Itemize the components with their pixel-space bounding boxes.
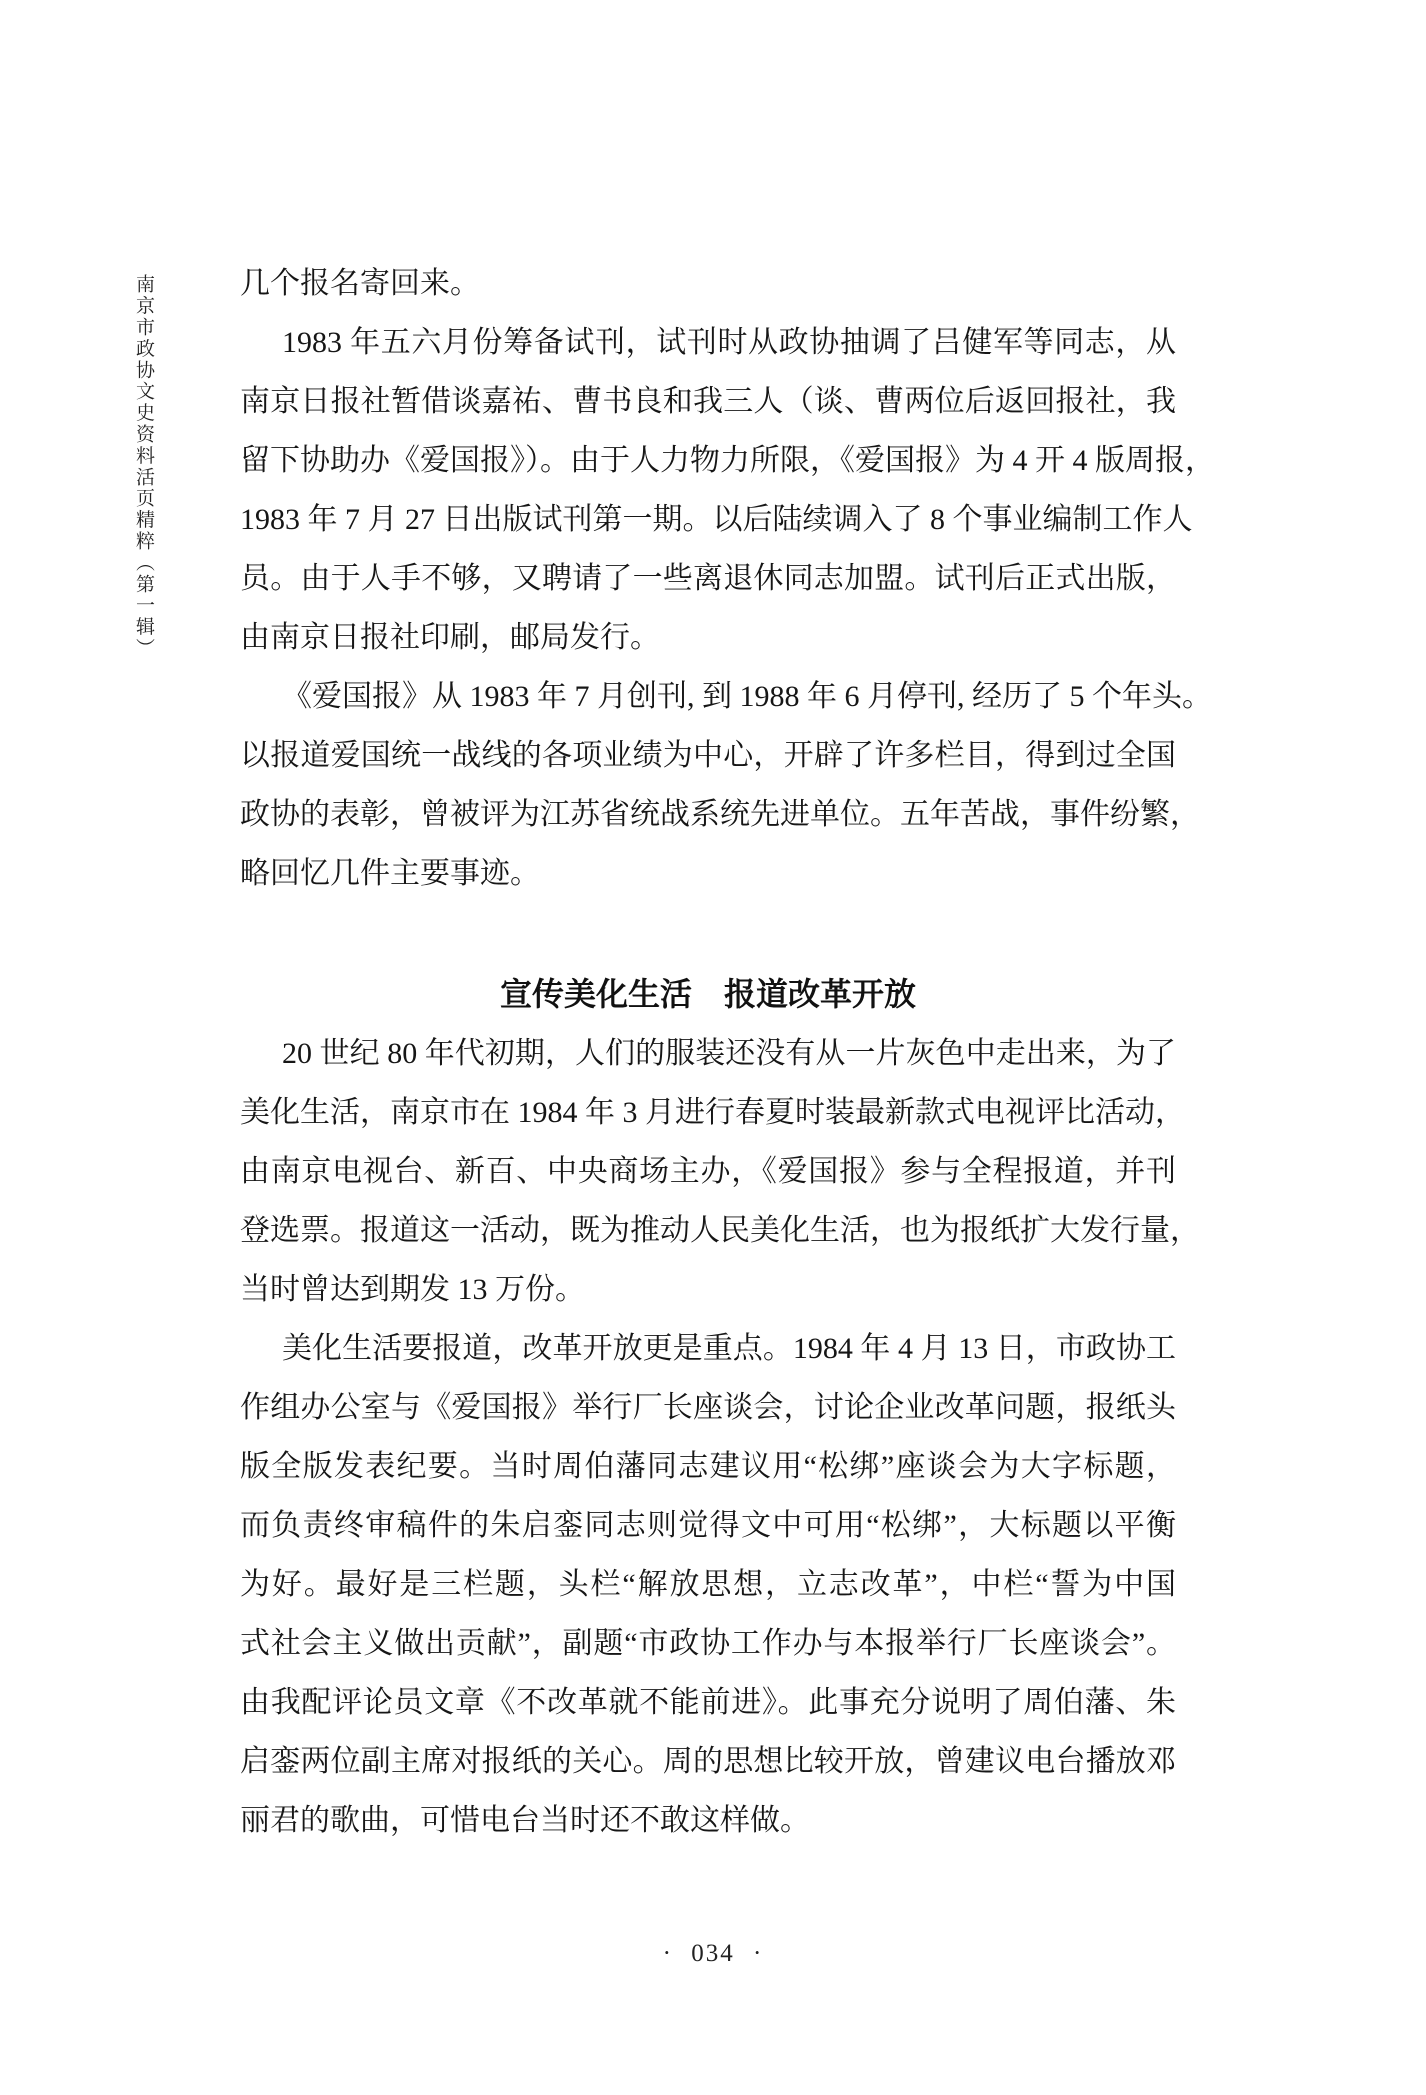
page-number: · 034 · [0, 1940, 1426, 1968]
text-line: 政协的表彰，曾被评为江苏省统战系统先进单位。五年苦战，事件纷繁， [240, 785, 1176, 844]
text-line: 美化生活要报道，改革开放更是重点。1984 年 4 月 13 日，市政协工 [240, 1319, 1176, 1378]
text-line: 留下协助办《爱国报》）。由于人力物力所限，《爱国报》为 4 开 4 版周报， [240, 431, 1176, 490]
text-line: 版全版发表纪要。当时周伯藩同志建议用“松绑”座谈会为大字标题， [240, 1437, 1176, 1496]
text-line: 略回忆几件主要事迹。 [240, 844, 1176, 903]
text-line: 几个报名寄回来。 [240, 254, 1176, 313]
text-line: 当时曾达到期发 13 万份。 [240, 1260, 1176, 1319]
text-line: 20 世纪 80 年代初期，人们的服装还没有从一片灰色中走出来，为了 [240, 1024, 1176, 1083]
text-line: 登选票。报道这一活动，既为推动人民美化生活，也为报纸扩大发行量， [240, 1201, 1176, 1260]
text-line: 由我配评论员文章《不改革就不能前进》。此事充分说明了周伯藩、朱 [240, 1673, 1176, 1732]
text-line: 南京日报社暂借谈嘉祐、曹书良和我三人（谈、曹两位后返回报社，我 [240, 372, 1176, 431]
text-line: 1983 年五六月份筹备试刊，试刊时从政协抽调了吕健军等同志，从 [240, 313, 1176, 372]
book-page: 南京市政协文史资料活页精粹（第一辑） 几个报名寄回来。 1983 年五六月份筹备… [0, 0, 1426, 2095]
text-line: 《爱国报》从 1983 年 7 月创刊, 到 1988 年 6 月停刊, 经历了… [240, 667, 1176, 726]
text-line: 1983 年 7 月 27 日出版试刊第一期。以后陆续调入了 8 个事业编制工作… [240, 490, 1176, 549]
text-line: 式社会主义做出贡献”，副题“市政协工作办与本报举行厂长座谈会”。 [240, 1614, 1176, 1673]
text-line: 启銮两位副主席对报纸的关心。周的思想比较开放，曾建议电台播放邓 [240, 1732, 1176, 1791]
vertical-book-title: 南京市政协文史资料活页精粹（第一辑） [129, 274, 157, 694]
text-line: 员。由于人手不够，又聘请了一些离退休同志加盟。试刊后正式出版， [240, 549, 1176, 608]
text-line: 由南京日报社印刷，邮局发行。 [240, 608, 1176, 667]
text-line: 由南京电视台、新百、中央商场主办，《爱国报》参与全程报道，并刊 [240, 1142, 1176, 1201]
paragraph: 20 世纪 80 年代初期，人们的服装还没有从一片灰色中走出来，为了 美化生活，… [240, 1024, 1176, 1319]
section-heading: 宣传美化生活 报道改革开放 [240, 965, 1176, 1024]
paragraph: 几个报名寄回来。 [240, 254, 1176, 313]
text-line: 美化生活，南京市在 1984 年 3 月进行春夏时装最新款式电视评比活动， [240, 1083, 1176, 1142]
text-line: 以报道爱国统一战线的各项业绩为中心，开辟了许多栏目，得到过全国 [240, 726, 1176, 785]
paragraph: 美化生活要报道，改革开放更是重点。1984 年 4 月 13 日，市政协工 作组… [240, 1319, 1176, 1850]
main-text-column: 几个报名寄回来。 1983 年五六月份筹备试刊，试刊时从政协抽调了吕健军等同志，… [240, 254, 1176, 1850]
text-line: 而负责终审稿件的朱启銮同志则觉得文中可用“松绑”，大标题以平衡 [240, 1496, 1176, 1555]
paragraph: 《爱国报》从 1983 年 7 月创刊, 到 1988 年 6 月停刊, 经历了… [240, 667, 1176, 903]
text-line: 丽君的歌曲，可惜电台当时还不敢这样做。 [240, 1791, 1176, 1850]
text-line: 为好。最好是三栏题，头栏“解放思想，立志改革”，中栏“誓为中国 [240, 1555, 1176, 1614]
text-line: 作组办公室与《爱国报》举行厂长座谈会，讨论企业改革问题，报纸头 [240, 1378, 1176, 1437]
paragraph: 1983 年五六月份筹备试刊，试刊时从政协抽调了吕健军等同志，从 南京日报社暂借… [240, 313, 1176, 667]
